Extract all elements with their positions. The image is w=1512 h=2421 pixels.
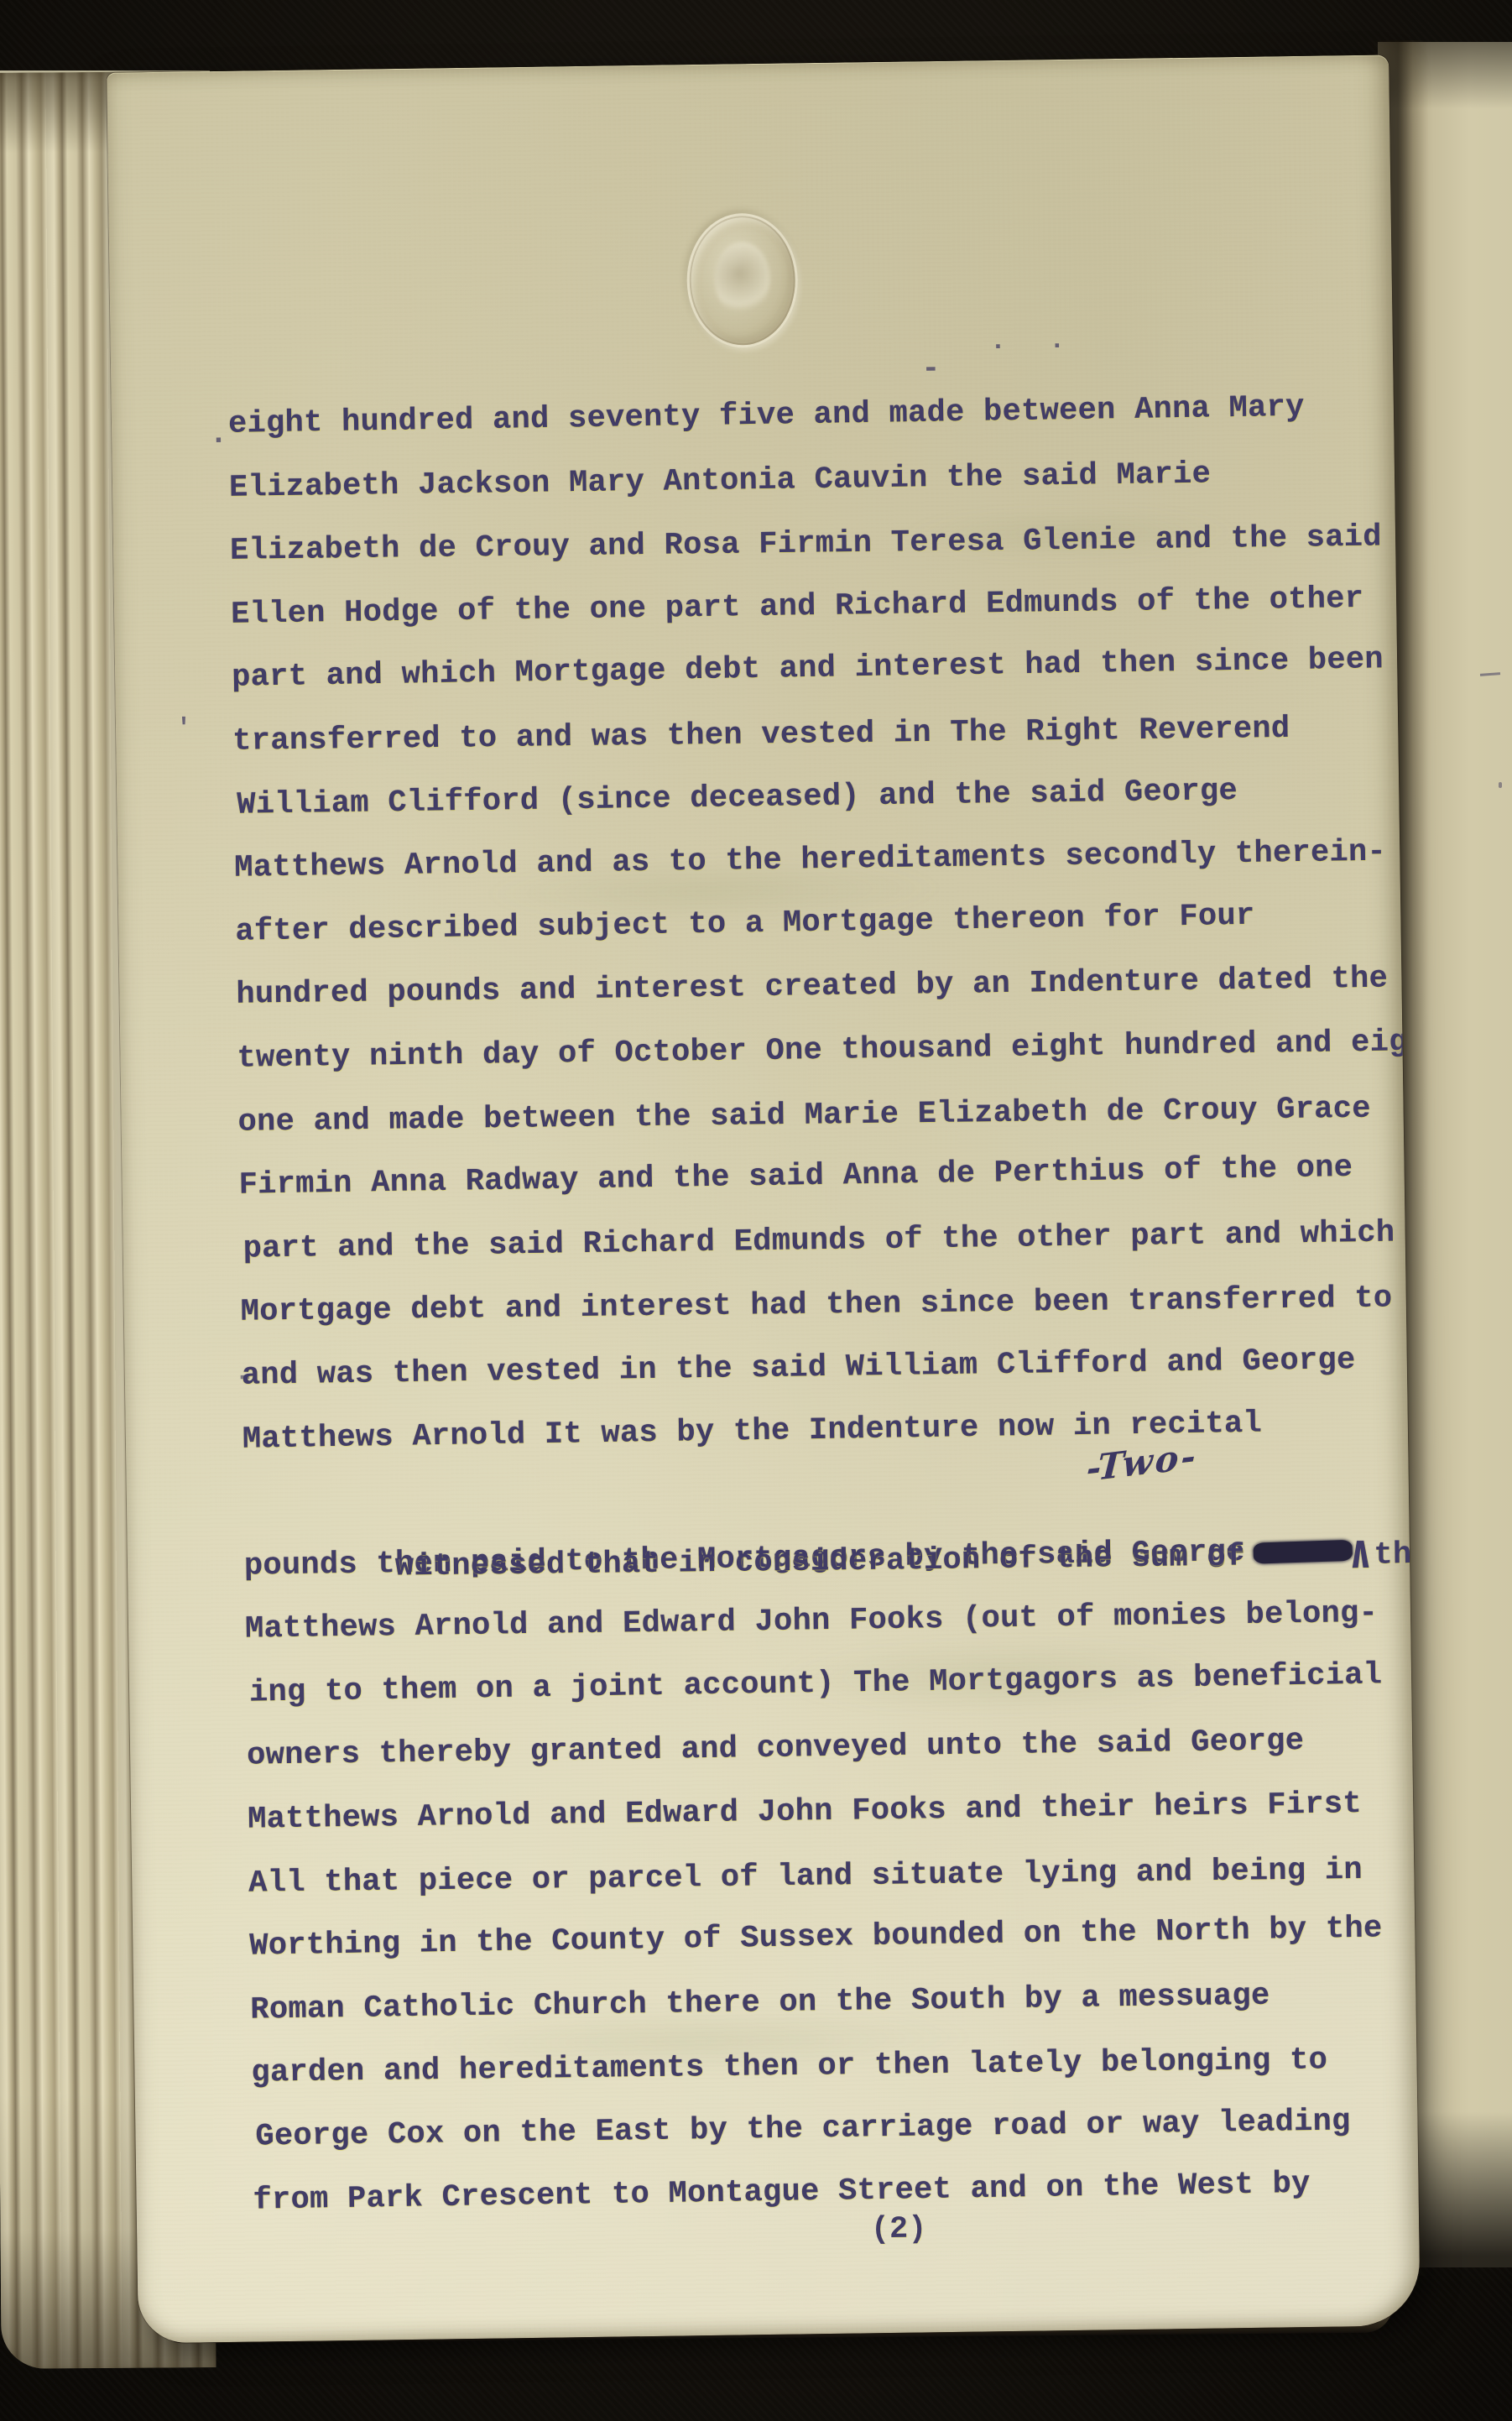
typed-text-column: eight hundred and seventy five and made … [228, 374, 1421, 2232]
embossed-seal-icon [686, 212, 799, 348]
book-scan-scene: . ' - . . - eight hundred and seventy fi… [0, 0, 1512, 2421]
typed-text: witnessed that in consideration of the s… [395, 1539, 1245, 1584]
insertion-caret: ∧ [1348, 1518, 1373, 1594]
stray-ink-dots: . . [990, 337, 1079, 346]
ink-dot-mark [1499, 782, 1502, 788]
ink-dash-mark [1480, 672, 1500, 676]
document-page: . ' - . . - eight hundred and seventy fi… [107, 55, 1421, 2343]
redacted-word [1253, 1540, 1353, 1564]
stray-ink-tick: ' [176, 724, 191, 733]
handwritten-insertion: -Two- [1085, 1424, 1200, 1501]
page-number: (2) [815, 2197, 983, 2262]
stray-ink-dash: - [921, 365, 940, 373]
stray-ink-dot: . [209, 430, 227, 439]
